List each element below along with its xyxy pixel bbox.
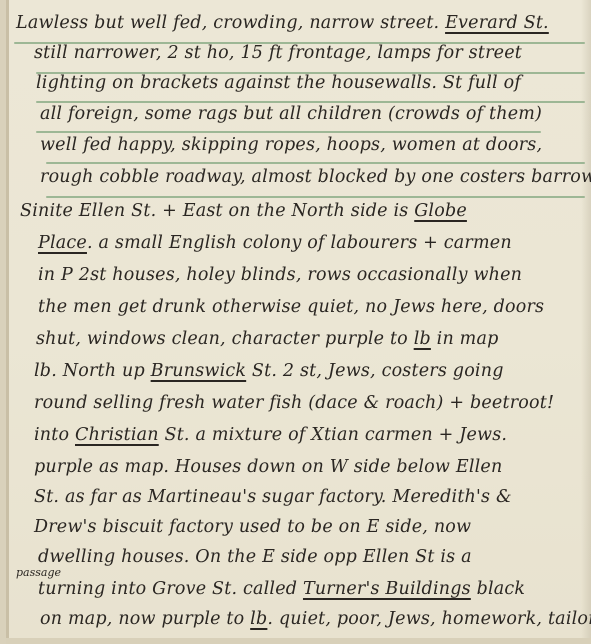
handwritten-line: the men get drunk otherwise quiet, no Je…: [6, 292, 591, 322]
handwritten-line: on map, now purple to lb. quiet, poor, J…: [6, 604, 591, 634]
handwritten-line: Drew's biscuit factory used to be on E s…: [6, 512, 591, 542]
handwritten-line: turning into Grove St. called Turner's B…: [6, 574, 591, 604]
handwritten-line: Sinite Ellen St. + East on the North sid…: [6, 196, 591, 226]
underlined-street: Everard St.: [445, 13, 549, 33]
underlined-street: Christian: [75, 425, 159, 445]
underlined-street: Place: [38, 233, 87, 253]
handwritten-line: into Christian St. a mixture of Xtian ca…: [6, 420, 591, 450]
underlined-class: lb: [250, 609, 267, 629]
handwritten-line: Place. a small English colony of laboure…: [6, 228, 591, 258]
underlined-street: Globe: [414, 201, 467, 221]
handwritten-line: lb. North up Brunswick St. 2 st, Jews, c…: [6, 356, 591, 386]
handwritten-line: in P 2st houses, holey blinds, rows occa…: [6, 260, 591, 290]
handwritten-line: well fed happy, skipping ropes, hoops, w…: [6, 130, 591, 160]
line-text: Lawless but well fed, crowding, narrow s…: [16, 13, 445, 33]
underlined-class: lb: [414, 329, 431, 349]
handwritten-line: dwelling houses. On the E side opp Ellen…: [6, 542, 591, 572]
handwritten-line: St. as far as Martineau's sugar factory.…: [6, 482, 591, 512]
page-bottom-edge: [6, 638, 591, 644]
handwritten-line: round selling fresh water fish (dace & r…: [6, 388, 591, 418]
handwritten-line: lighting on brackets against the housewa…: [6, 68, 591, 98]
handwritten-line: purple as map. Houses down on W side bel…: [6, 452, 591, 482]
handwritten-line: still narrower, 2 st ho, 15 ft frontage,…: [6, 38, 591, 68]
notebook-page: Lawless but well fed, crowding, narrow s…: [0, 0, 591, 644]
handwritten-line: rough cobble roadway, almost blocked by …: [6, 162, 591, 192]
underlined-street: Brunswick: [151, 361, 247, 381]
handwritten-line: all foreign, some rags but all children …: [6, 99, 591, 129]
handwritten-line: Lawless but well fed, crowding, narrow s…: [6, 8, 591, 38]
underlined-street: Turner's Buildings: [303, 579, 471, 599]
handwritten-line: shut, windows clean, character purple to…: [6, 324, 591, 354]
